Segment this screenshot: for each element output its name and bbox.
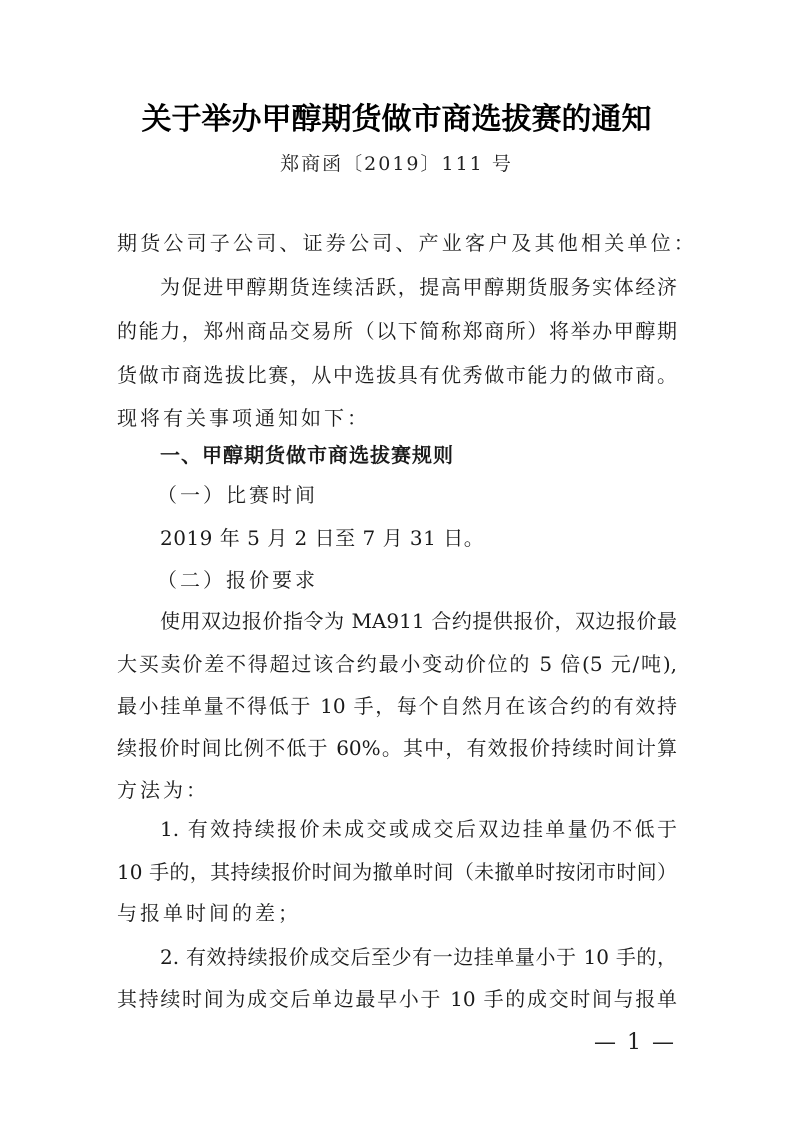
paragraph-line: 方法为： [117,775,677,805]
paragraph-line: 使用双边报价指令为 MA911 合约提供报价，双边报价最 [160,606,677,636]
list-item-line: 2. 有效持续报价成交后至少有一边挂单量小于 10 手的， [160,942,677,972]
document-title: 关于举办甲醇期货做市商选拔赛的通知 [0,100,793,140]
document-number: 郑商函〔2019〕111 号 [0,150,793,178]
list-item-line: 与报单时间的差； [117,898,677,928]
paragraph-line: 大买卖价差不得超过该合约最小变动价位的 5 倍(5 元/吨), [117,649,677,679]
paragraph-line: 现将有关事项通知如下： [117,403,677,433]
addressee: 期货公司子公司、证券公司、产业客户及其他相关单位： [117,228,677,258]
list-item-line: 1. 有效持续报价未成交或成交后双边挂单量仍不低于 [160,814,677,844]
section-heading-1: 一、甲醇期货做市商选拔赛规则 [160,440,677,470]
paragraph-line: 续报价时间比例不低于 60%。其中，有效报价持续时间计算 [117,733,677,763]
paragraph-line: 货做市商选拔比赛，从中选拔具有优秀做市能力的做市商。 [117,360,677,390]
document-page: 关于举办甲醇期货做市商选拔赛的通知 郑商函〔2019〕111 号 期货公司子公司… [0,0,793,1122]
paragraph-line: 2019 年 5 月 2 日至 7 月 31 日。 [160,523,677,553]
page-number: — 1 — [594,1028,676,1058]
paragraph-line: 为促进甲醇期货连续活跃，提高甲醇期货服务实体经济 [160,272,677,302]
list-item-line: 10 手的，其持续报价时间为撤单时间（未撤单时按闭市时间） [117,857,677,887]
paragraph-line: 最小挂单量不得低于 10 手，每个自然月在该合约的有效持 [117,691,677,721]
list-item-line: 其持续时间为成交后单边最早小于 10 手的成交时间与报单 [117,984,677,1014]
subsection-heading-2: （二）报价要求 [157,565,674,595]
paragraph-line: 的能力，郑州商品交易所（以下简称郑商所）将举办甲醇期 [117,316,677,346]
subsection-heading-1: （一）比赛时间 [157,480,674,510]
